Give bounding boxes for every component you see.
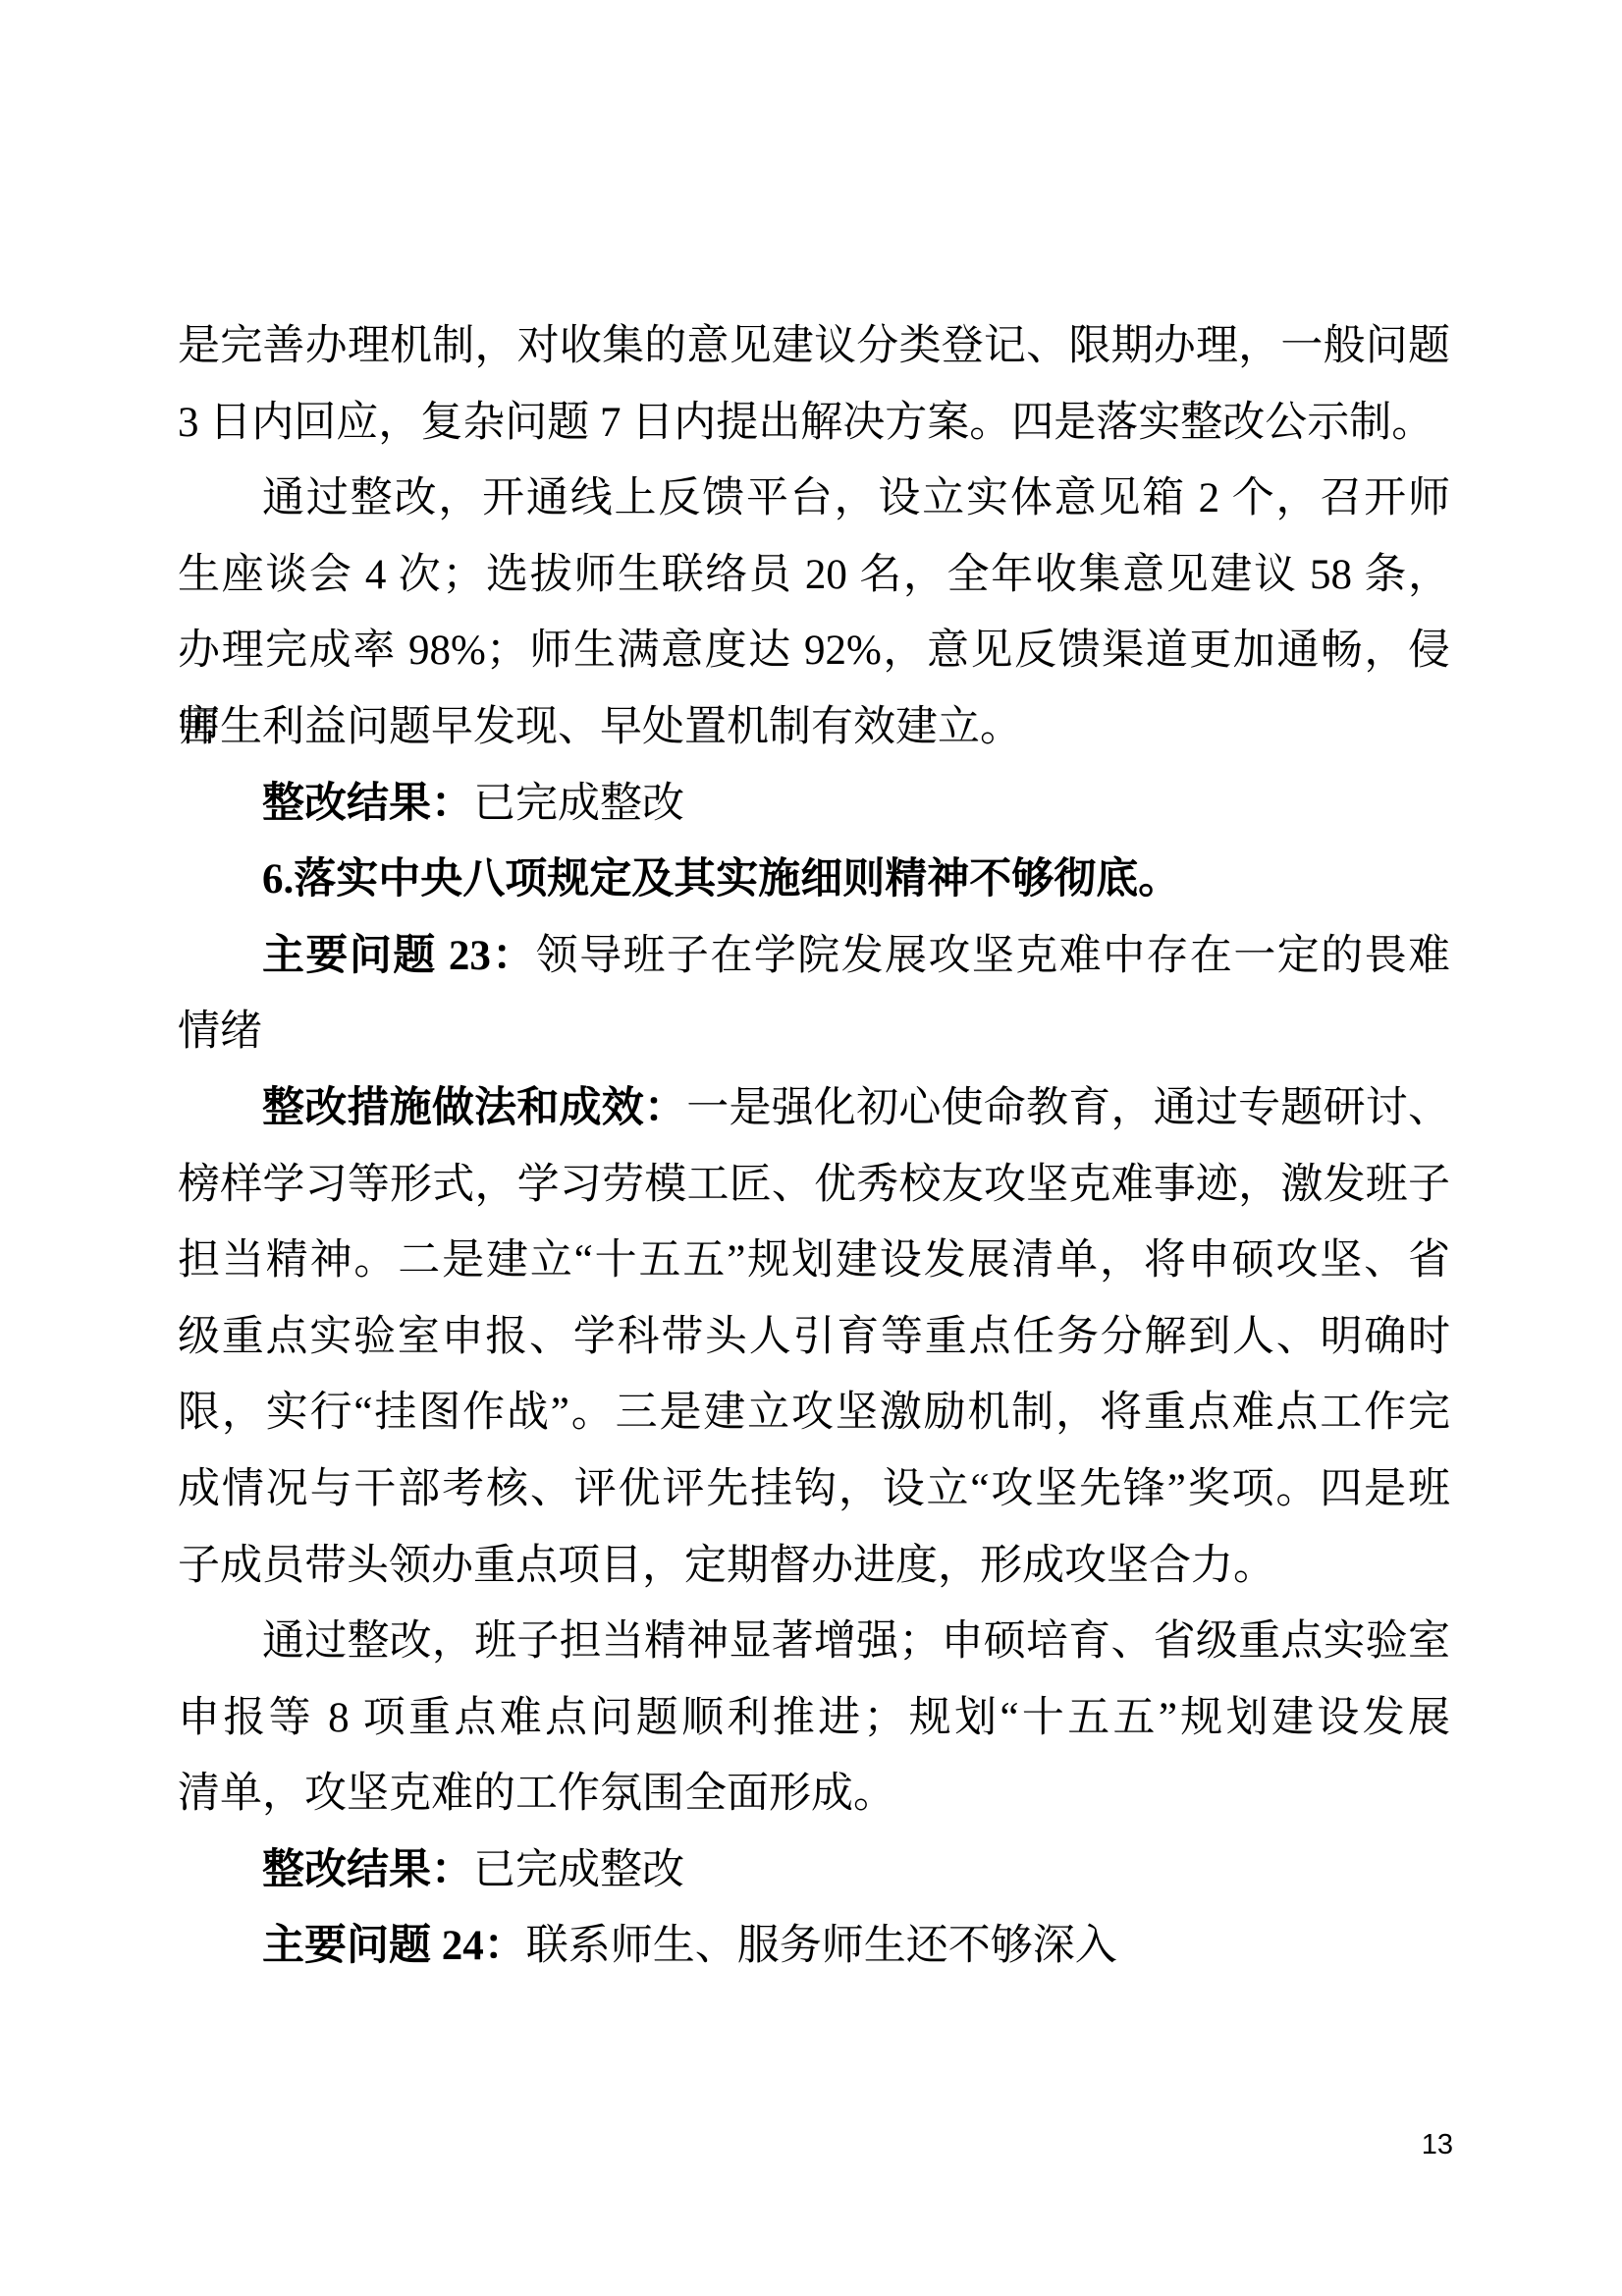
text-segment: 师生利益问题早发现、早处置机制有效建立。 — [178, 704, 1022, 750]
text-line: 情绪 — [178, 994, 1450, 1070]
text-line: 办理完成率 98%；师生满意度达 92%，意见反馈渠道更加通畅，侵害 — [178, 613, 1450, 689]
text-line: 限，实行“挂图作战”。三是建立攻坚激励机制，将重点难点工作完 — [178, 1375, 1450, 1451]
text-segment: 通过整改，班子担当精神显著增强；申硕培育、省级重点实验室 — [262, 1618, 1450, 1665]
text-segment: 限，实行“挂图作战”。三是建立攻坚激励机制，将重点难点工作完 — [178, 1390, 1450, 1436]
text-line: 清单，攻坚克难的工作氛围全面形成。 — [178, 1756, 1450, 1832]
text-segment: 领导班子在学院发展攻坚克难中存在一定的畏难 — [536, 933, 1450, 979]
text-segment: 清单，攻坚克难的工作氛围全面形成。 — [178, 1771, 895, 1817]
text-segment: 情绪 — [178, 1009, 262, 1055]
text-segment: 已完成整改 — [473, 781, 684, 827]
text-line: 通过整改，班子担当精神显著增强；申硕培育、省级重点实验室 — [178, 1604, 1450, 1680]
text-segment: 联系师生、服务师生还不够深入 — [526, 1923, 1117, 1969]
text-segment: 榜样学习等形式，学习劳模工匠、优秀校友攻坚克难事迹，激发班子 — [178, 1162, 1450, 1208]
text-line: 整改结果：已完成整改 — [178, 1832, 1450, 1909]
document-page: 是完善办理机制，对收集的意见建议分类登记、限期办理，一般问题3 日内回应，复杂问… — [0, 0, 1622, 2296]
text-segment: 担当精神。二是建立“十五五”规划建设发展清单，将申硕攻坚、省 — [178, 1237, 1450, 1284]
text-line: 子成员带头领办重点项目，定期督办进度，形成攻坚合力。 — [178, 1528, 1450, 1605]
text-segment-bold: 主要问题 23： — [262, 933, 536, 979]
text-line: 6.落实中央八项规定及其实施细则精神不够彻底。 — [178, 842, 1450, 918]
text-segment-bold: 6.落实中央八项规定及其实施细则精神不够彻底。 — [262, 856, 1180, 902]
text-segment-bold: 整改结果： — [262, 781, 473, 827]
text-line: 级重点实验室申报、学科带头人引育等重点任务分解到人、明确时 — [178, 1299, 1450, 1376]
text-line: 申报等 8 项重点难点问题顺利推进；规划“十五五”规划建设发展 — [178, 1680, 1450, 1757]
text-segment: 通过整改，开通线上反馈平台，设立实体意见箱 2 个，召开师 — [262, 475, 1450, 521]
text-segment: 级重点实验室申报、学科带头人引育等重点任务分解到人、明确时 — [178, 1314, 1450, 1360]
text-segment: 已完成整改 — [473, 1847, 684, 1893]
text-segment: 申报等 8 项重点难点问题顺利推进；规划“十五五”规划建设发展 — [178, 1695, 1450, 1741]
text-line: 通过整改，开通线上反馈平台，设立实体意见箱 2 个，召开师 — [178, 461, 1450, 537]
text-segment: 3 日内回应，复杂问题 7 日内提出解决方案。四是落实整改公示制。 — [178, 400, 1433, 446]
text-line: 主要问题 23：领导班子在学院发展攻坚克难中存在一定的畏难 — [178, 918, 1450, 995]
text-segment: 子成员带头领办重点项目，定期督办进度，形成攻坚合力。 — [178, 1543, 1275, 1589]
text-line: 整改措施做法和成效：一是强化初心使命教育，通过专题研讨、 — [178, 1070, 1450, 1147]
document-lines: 是完善办理机制，对收集的意见建议分类登记、限期办理，一般问题3 日内回应，复杂问… — [178, 308, 1450, 1985]
text-segment-bold: 主要问题 24： — [262, 1923, 526, 1969]
text-segment: 是完善办理机制，对收集的意见建议分类登记、限期办理，一般问题 — [178, 323, 1450, 369]
text-line: 3 日内回应，复杂问题 7 日内提出解决方案。四是落实整改公示制。 — [178, 385, 1450, 462]
text-line: 师生利益问题早发现、早处置机制有效建立。 — [178, 689, 1450, 766]
text-line: 是完善办理机制，对收集的意见建议分类登记、限期办理，一般问题 — [178, 308, 1450, 385]
text-segment-bold: 整改措施做法和成效： — [262, 1085, 686, 1131]
text-line: 生座谈会 4 次；选拔师生联络员 20 名，全年收集意见建议 58 条， — [178, 537, 1450, 614]
text-segment-bold: 整改结果： — [262, 1847, 473, 1893]
text-line: 主要问题 24：联系师生、服务师生还不够深入 — [178, 1908, 1450, 1985]
text-line: 榜样学习等形式，学习劳模工匠、优秀校友攻坚克难事迹，激发班子 — [178, 1147, 1450, 1224]
text-line: 整改结果：已完成整改 — [178, 766, 1450, 843]
text-line: 成情况与干部考核、评优评先挂钩，设立“攻坚先锋”奖项。四是班 — [178, 1451, 1450, 1528]
text-segment: 成情况与干部考核、评优评先挂钩，设立“攻坚先锋”奖项。四是班 — [178, 1466, 1450, 1512]
text-segment: 生座谈会 4 次；选拔师生联络员 20 名，全年收集意见建议 58 条， — [178, 552, 1450, 598]
text-segment: 一是强化初心使命教育，通过专题研讨、 — [686, 1085, 1450, 1131]
text-line: 担当精神。二是建立“十五五”规划建设发展清单，将申硕攻坚、省 — [178, 1223, 1450, 1299]
page-number: 13 — [1422, 2128, 1453, 2161]
